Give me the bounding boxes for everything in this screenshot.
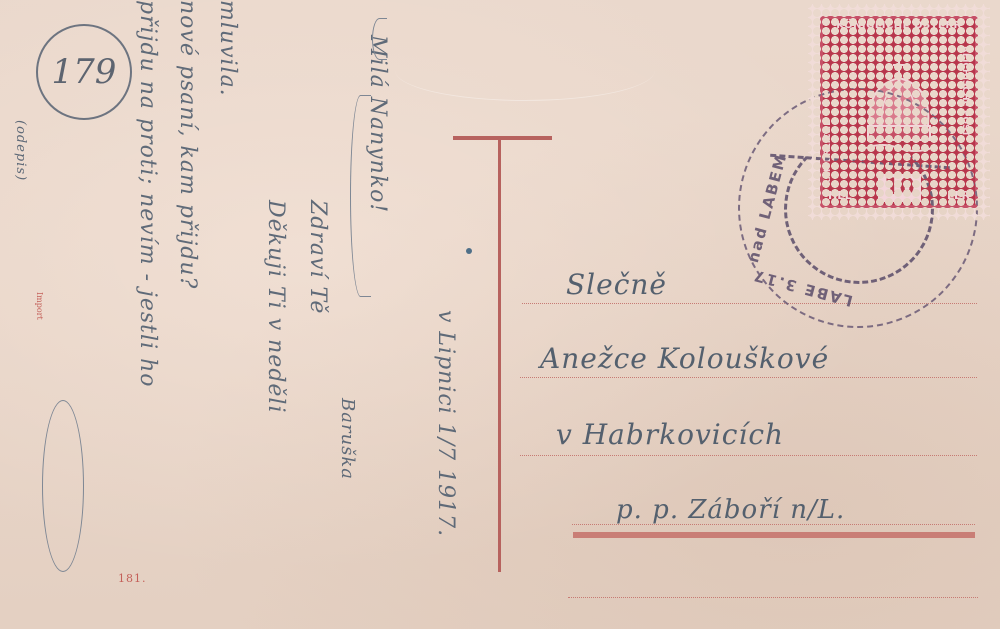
address-rule	[520, 377, 977, 378]
address-rule	[568, 597, 978, 598]
message-line: mluvila.	[215, 0, 240, 97]
stamp-design: KÖNIGLICHE ÖSTERR KAISERLICHE REICHISCHE…	[820, 16, 978, 208]
divider-top-bar	[453, 136, 552, 140]
address-post-office: p. p. Záboří n/L.	[616, 495, 845, 525]
stamp-currency-right: LER	[947, 189, 970, 202]
archive-number-circle: 179	[36, 24, 132, 120]
stamp-top-text: KÖNIGLICHE ÖSTERR	[820, 20, 978, 31]
address-recipient: Anežce Kolouškové	[540, 342, 829, 375]
divider-vertical-line	[498, 136, 501, 572]
card-number: 181.	[118, 572, 147, 585]
signature: Baruška	[337, 398, 358, 480]
address-rule	[520, 455, 977, 456]
message-line: přijdu na proti; nevím - jestli ho	[135, 0, 160, 388]
signature-flourish	[42, 400, 84, 572]
postcard-back: 179 (odepis) přijdu na proti; nevím - je…	[0, 0, 1000, 629]
side-note: (odepis)	[13, 120, 28, 181]
message-line: Zdraví Tě	[305, 200, 330, 314]
bracket-mark	[372, 18, 387, 60]
stamp-denomination: 10	[878, 174, 921, 202]
place-date: v Lipnici 1/7 1917.	[433, 310, 458, 537]
address-salutation: Slečně	[566, 268, 667, 301]
archive-number: 179	[52, 52, 117, 92]
address-underline	[573, 532, 975, 538]
bracket-mark	[350, 95, 371, 297]
crown-icon	[862, 56, 936, 160]
paper-crease	[395, 40, 655, 101]
message-line: Děkuji Ti v neděli	[263, 200, 288, 414]
address-town: v Habrkovicích	[556, 418, 784, 451]
message-line: nové psaní, kam přijdu?	[175, 0, 200, 289]
ink-dot	[466, 248, 472, 254]
stamp-currency-left: HEL	[828, 189, 852, 202]
import-label: Import	[35, 292, 44, 320]
stamp-right-text: REICHISCHE POST	[960, 46, 970, 164]
postage-stamp: KÖNIGLICHE ÖSTERR KAISERLICHE REICHISCHE…	[808, 4, 990, 220]
stamp-bottom: HEL 10 LER	[828, 174, 970, 202]
